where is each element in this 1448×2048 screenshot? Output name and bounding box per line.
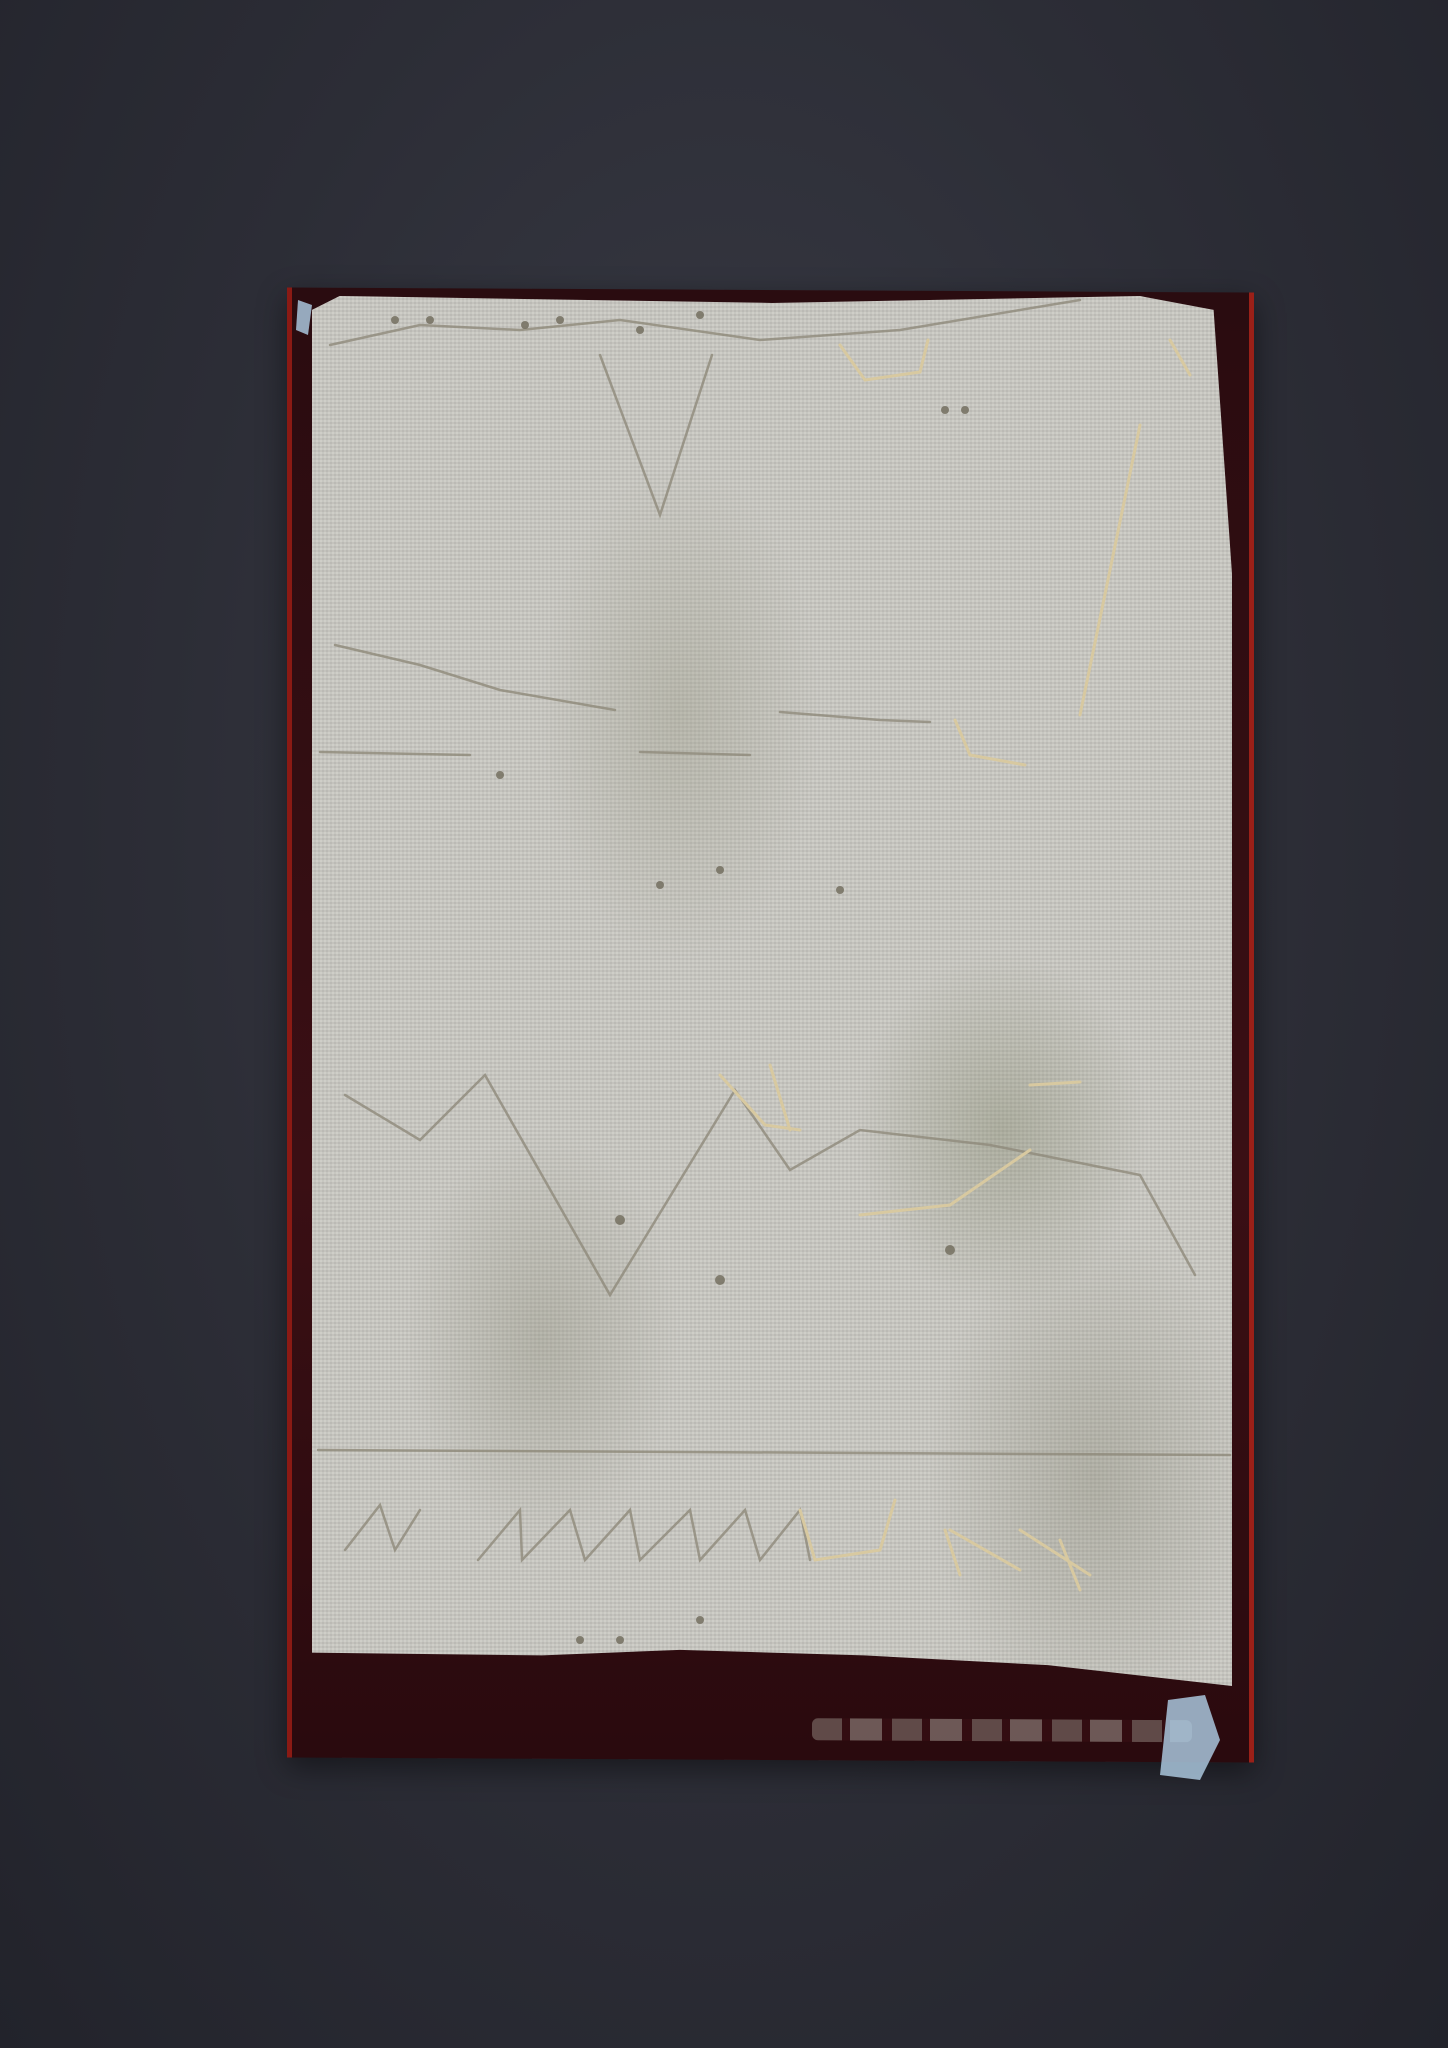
photo-scene: linen-backed board with stitched thread … [0, 0, 1448, 2048]
stitch-marks [0, 0, 1448, 2048]
